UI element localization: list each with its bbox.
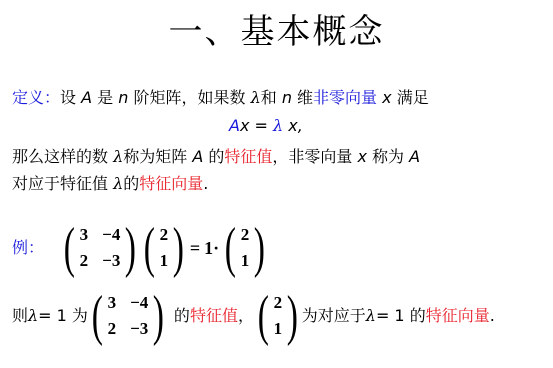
eigenvalue-term: 特征值 xyxy=(224,147,272,166)
example-row: 例： ( 3−4 2−3 ) ( 21 ) = 1· ( 21 ) xyxy=(12,220,269,276)
conclusion-matrix: ( 3−4 2−3 ) xyxy=(88,288,168,344)
eigenvector-term: 特征向量 xyxy=(139,174,203,193)
conclusion-row: 则 λ= 1 为 ( 3−4 2−3 ) 的特征值， ( 21 ) 为对应于λ=… xyxy=(12,288,495,344)
conclusion-vector: ( 21 ) xyxy=(254,288,302,344)
definition-line-1: 定义：设 A 是 n 阶矩阵，如果数 λ和 n 维非零向量 x 满足 xyxy=(12,88,429,108)
example-label: 例： xyxy=(12,238,44,258)
definition-label: 定义： xyxy=(12,88,60,107)
example-vector: ( 21 ) xyxy=(140,220,188,276)
eigenvalue-term: 特征值 xyxy=(190,306,238,326)
example-matrix: ( 3−4 2−3 ) xyxy=(60,220,140,276)
section-title: 一、基本概念 xyxy=(0,4,553,53)
example-result-vector: ( 21 ) xyxy=(221,220,269,276)
eigenvector-term: 特征向量 xyxy=(426,306,490,326)
definition-equation: Ax = λ x, xyxy=(229,116,303,136)
nonzero-vector-term: 非零向量 xyxy=(313,88,377,107)
definition-line-4: 对应于特征值 λ的特征向量. xyxy=(12,174,208,194)
definition-line-3: 那么这样的数 λ称为矩阵 A 的特征值，非零向量 x 称为 A xyxy=(12,147,420,167)
